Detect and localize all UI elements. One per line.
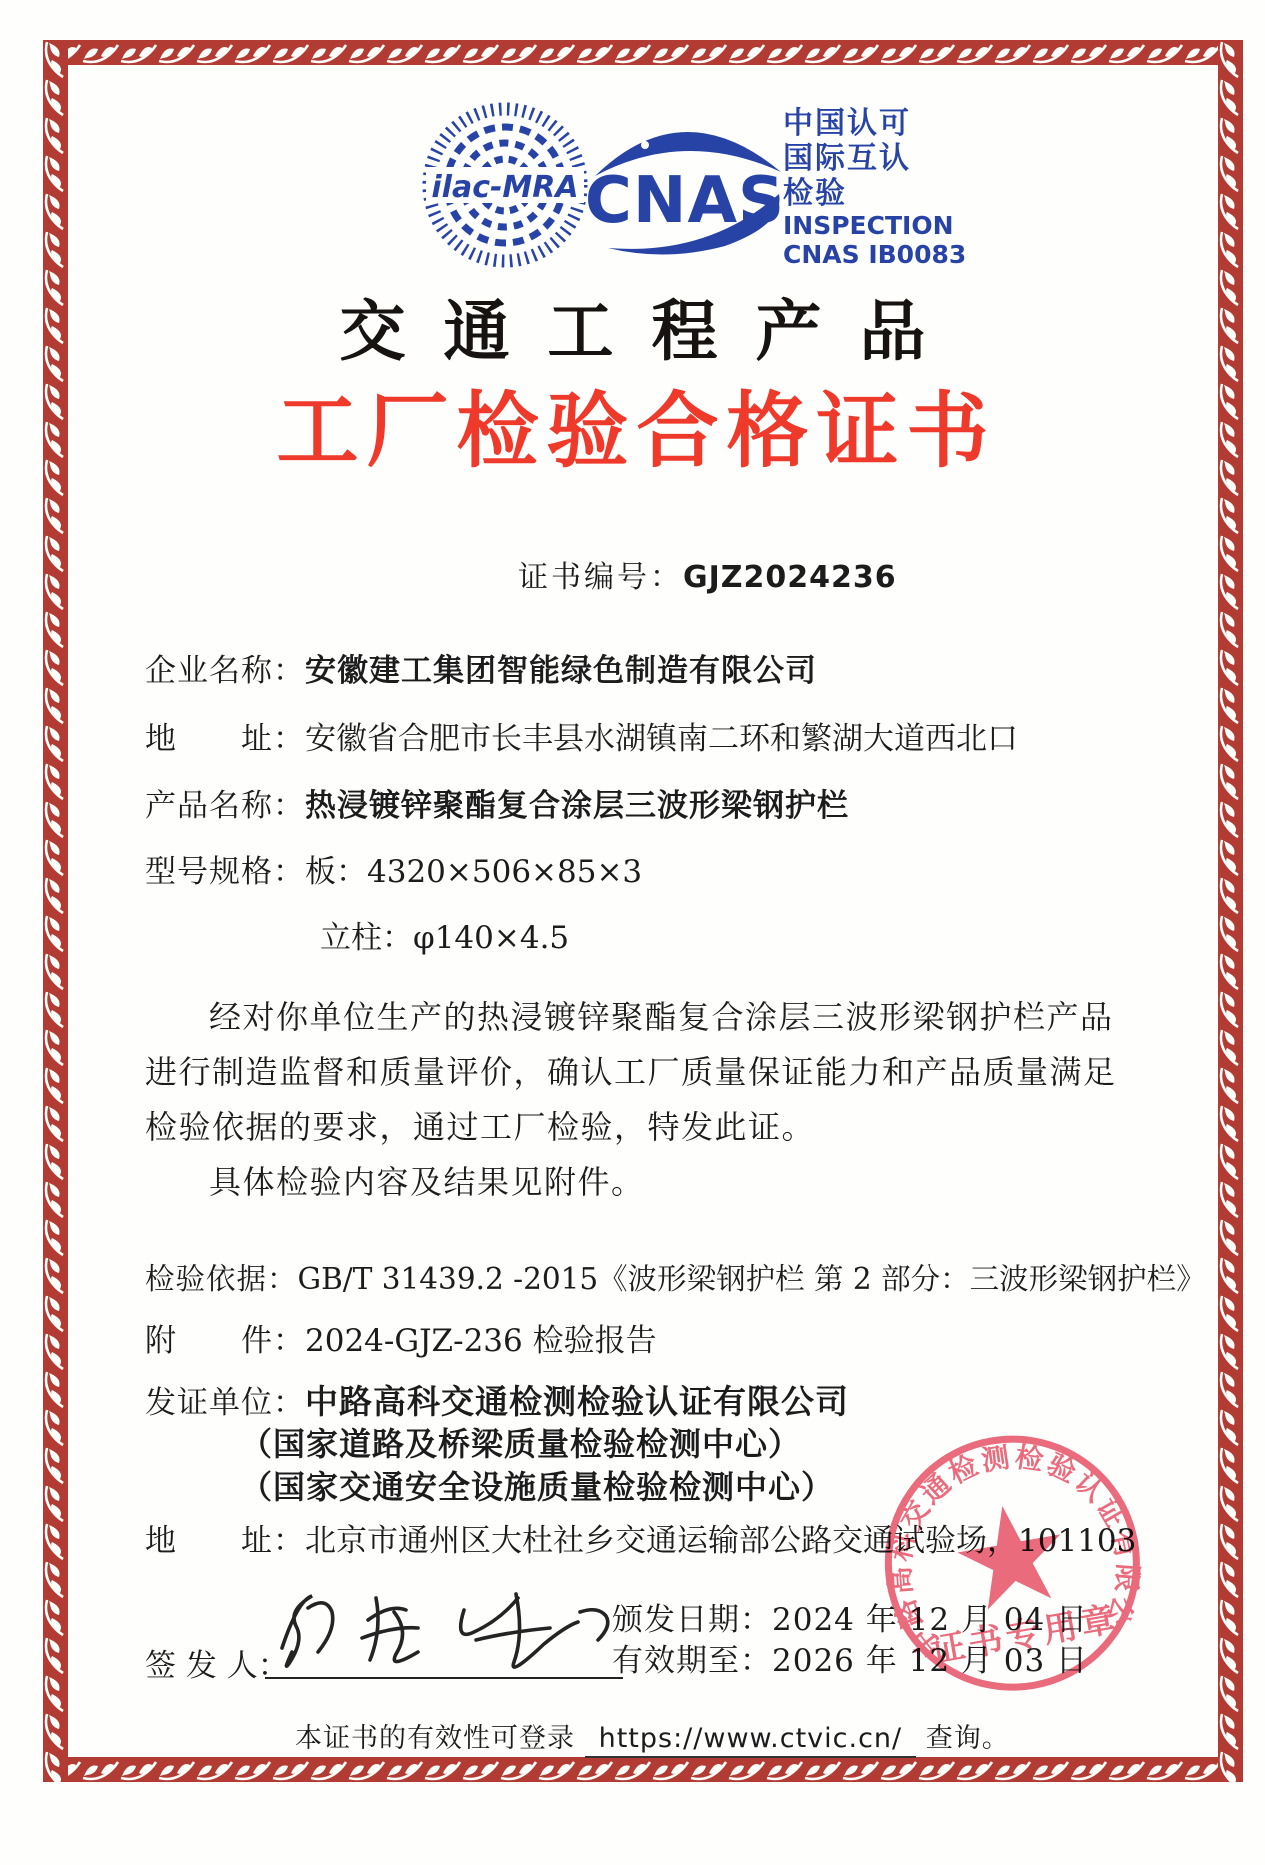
accreditation-line: 中国认可 xyxy=(783,106,966,141)
field-product: 产品名称：热浸镀锌聚酯复合涂层三波形梁钢护栏 xyxy=(145,780,849,825)
issuer-address-label: 地 址： xyxy=(145,1515,305,1560)
accreditation-line: 检验 xyxy=(783,176,966,211)
field-address-label: 地 址： xyxy=(145,713,305,758)
accreditation-text-block: 中国认可 国际互认 检验 INSPECTION CNAS IB0083 xyxy=(783,106,966,269)
document-title: 交通工程产品 xyxy=(0,278,1265,373)
body-text: 经对你单位生产的热浸镀锌聚酯复合涂层三波形梁钢护栏产品进行制造监督和质量评价，确… xyxy=(145,990,1140,1210)
field-company-label: 企业名称： xyxy=(145,645,305,690)
field-spec: 型号规格：板：4320×506×85×3 xyxy=(145,846,642,891)
footer-verification: 本证书的有效性可登录 https://www.ctvic.cn/ 查询。 xyxy=(295,1716,1010,1755)
row-attachment: 附 件：2024-GJZ-236 检验报告 xyxy=(145,1315,657,1360)
issue-date-label: 颁发日期： xyxy=(612,1602,772,1638)
field-company: 企业名称：安徽建工集团智能绿色制造有限公司 xyxy=(145,645,817,690)
signature-handwriting xyxy=(268,1582,620,1678)
accreditation-line: 国际互认 xyxy=(783,141,966,176)
footer-suffix: 查询。 xyxy=(926,1723,1010,1754)
field-product-value: 热浸镀锌聚酯复合涂层三波形梁钢护栏 xyxy=(305,788,849,824)
signature-underline xyxy=(265,1677,623,1679)
accreditation-line-inspection: INSPECTION xyxy=(783,211,966,240)
inspection-basis-label: 检验依据： xyxy=(145,1256,298,1298)
field-address-value: 安徽省合肥市长丰县水湖镇南二环和繁湖大道西北口 xyxy=(305,721,1018,757)
certificate-title: 工厂检验合格证书 xyxy=(0,366,1265,483)
row-issuer: 发证单位：中路高科交通检测检验认证有限公司 xyxy=(145,1376,849,1423)
border-bottom xyxy=(43,1757,1243,1782)
certificate-page: ilac-MRA CNAS 中国认可 国际互认 检验 INSPECTION CN… xyxy=(0,0,1265,1865)
issuer-value: 中路高科交通检测检验认证有限公司 xyxy=(305,1382,849,1421)
certificate-number: 证书编号：GJZ2024236 xyxy=(518,552,897,596)
ilac-mra-label: ilac-MRA xyxy=(431,170,578,205)
ilac-mra-logo-icon: ilac-MRA xyxy=(420,100,590,270)
certificate-number-value: GJZ2024236 xyxy=(683,560,897,595)
attachment-value: 2024-GJZ-236 检验报告 xyxy=(305,1323,657,1359)
cnas-logo-icon: CNAS xyxy=(583,112,788,264)
body-paragraph-1: 经对你单位生产的热浸镀锌聚酯复合涂层三波形梁钢护栏产品进行制造监督和质量评价，确… xyxy=(145,990,1140,1155)
border-top xyxy=(43,40,1243,65)
issuer-note-2: （国家交通安全设施质量检验检测中心） xyxy=(240,1462,834,1508)
field-spec-board-value: 板：4320×506×85×3 xyxy=(305,854,642,890)
field-company-value: 安徽建工集团智能绿色制造有限公司 xyxy=(305,653,817,689)
issuer-label: 发证单位： xyxy=(145,1377,305,1422)
field-spec-label: 型号规格： xyxy=(145,846,305,891)
field-spec-post: 立柱：φ140×4.5 xyxy=(320,912,569,957)
certificate-number-label: 证书编号： xyxy=(518,560,683,595)
company-seal-stamp: 中路高科交通检测检验认证有限公司 证书专用章 xyxy=(837,1381,1189,1741)
valid-until-label: 有效期至： xyxy=(612,1643,772,1679)
issuer-note-1: （国家道路及桥梁质量检验检测中心） xyxy=(240,1419,801,1465)
attachment-label: 附 件： xyxy=(145,1315,305,1360)
field-address: 地 址：安徽省合肥市长丰县水湖镇南二环和繁湖大道西北口 xyxy=(145,713,1018,758)
verification-url-link[interactable]: https://www.ctvic.cn/ xyxy=(585,1723,917,1758)
row-inspection-basis: 检验依据：GB/T 31439.2 -2015《波形梁钢护栏 第 2 部分：三波… xyxy=(145,1256,1206,1298)
field-product-label: 产品名称： xyxy=(145,780,305,825)
inspection-basis-value: GB/T 31439.2 -2015《波形梁钢护栏 第 2 部分：三波形梁钢护栏… xyxy=(298,1262,1206,1296)
body-paragraph-2: 具体检验内容及结果见附件。 xyxy=(145,1155,1140,1210)
seal-star-icon xyxy=(951,1497,1071,1613)
accreditation-line-cnas-id: CNAS IB0083 xyxy=(783,240,966,269)
footer-prefix: 本证书的有效性可登录 xyxy=(295,1723,575,1754)
field-spec-post-value: 立柱：φ140×4.5 xyxy=(320,920,569,956)
